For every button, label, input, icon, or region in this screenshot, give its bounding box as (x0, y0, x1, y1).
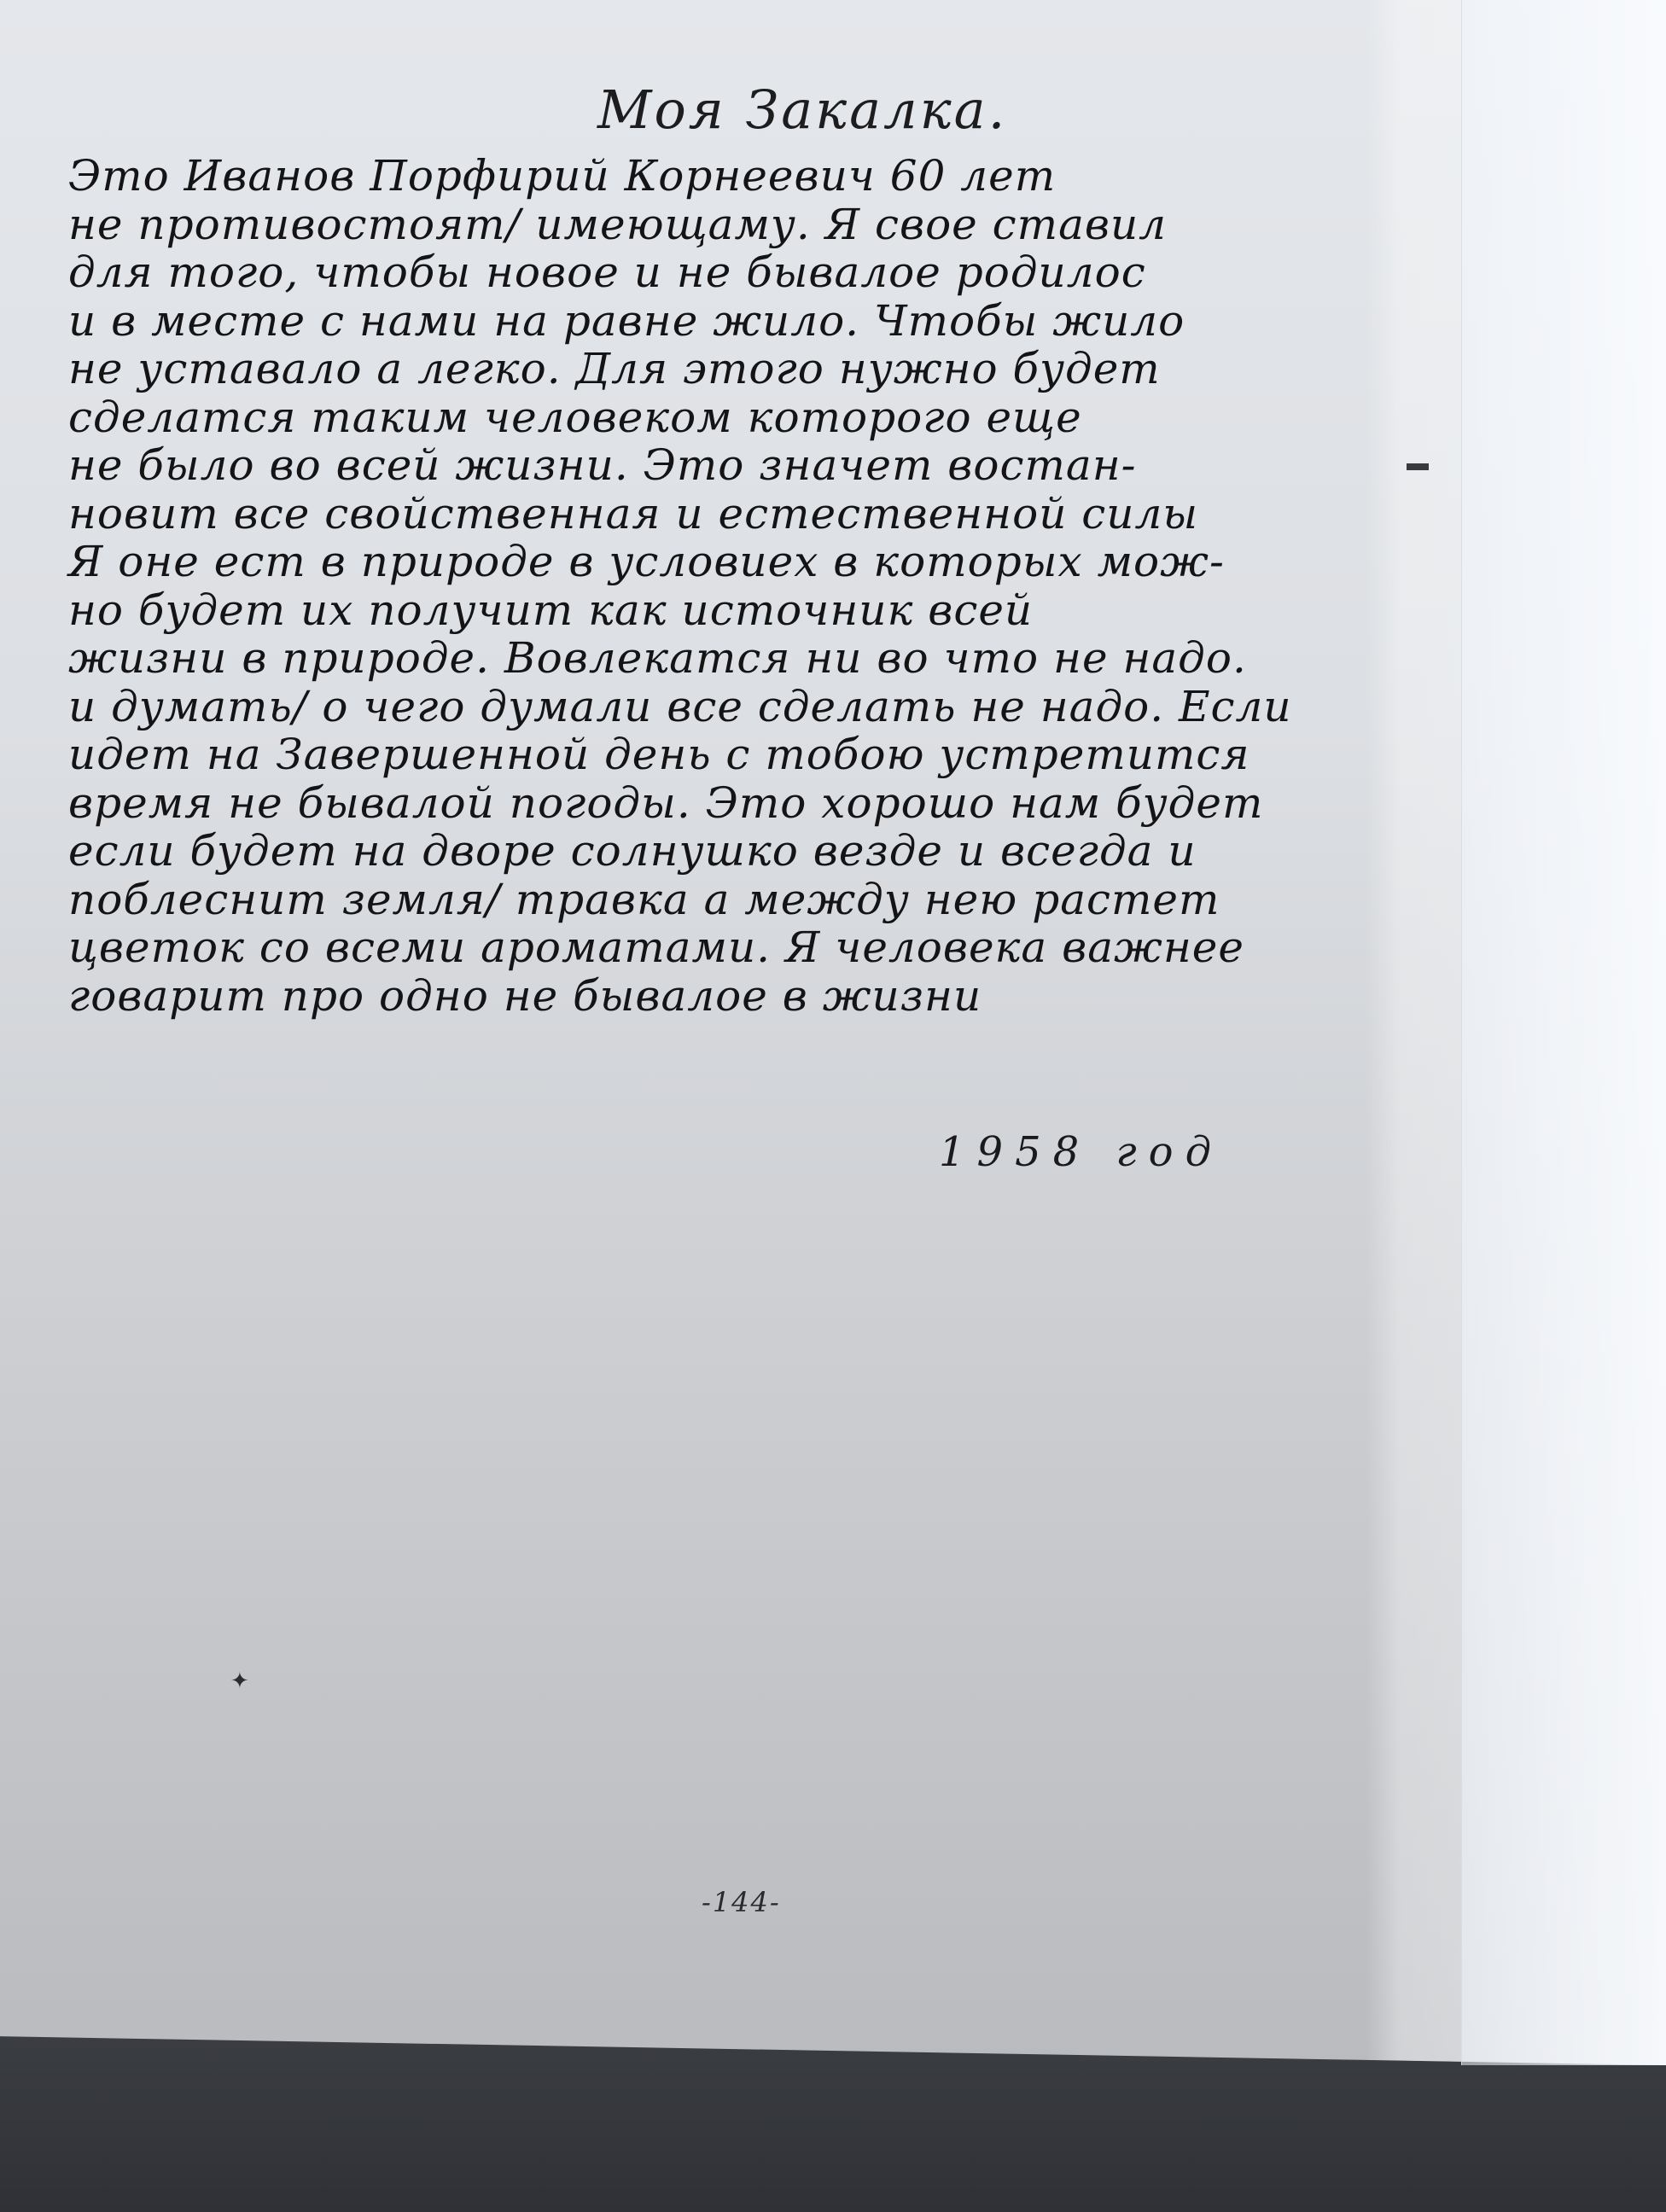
ink-speck: ✦ (230, 1668, 249, 1694)
text-line: и в месте с нами на равне жило. Чтобы жи… (68, 297, 1349, 346)
text-line: цветок со всеми ароматами. Я человека ва… (68, 923, 1349, 972)
text-line: идет на Завершенной день с тобою устрети… (68, 731, 1349, 779)
text-line: Я оне ест в природе в условиех в которых… (68, 538, 1349, 586)
text-line: если будет на дворе солнушко везде и все… (68, 827, 1349, 876)
document-date: 1958 год (939, 1128, 1223, 1176)
page-number: -144- (702, 1886, 781, 1918)
text-line: Это Иванов Порфирий Корнеевич 60 лет (68, 152, 1349, 201)
text-line: жизни в природе. Вовлекатся ни во что не… (68, 634, 1349, 683)
text-line: говарит про одно не бывалое в жизни (68, 972, 1349, 1021)
document-title: Моя Закалка. (597, 79, 1007, 141)
text-line: не уставало а легко. Для этого нужно буд… (68, 345, 1349, 393)
text-line: но будет их получит как источник всей (68, 586, 1349, 635)
paper-sheet-edge (1461, 0, 1666, 2065)
text-line: не противостоят/ имеющаму. Я свое ставил (68, 201, 1349, 249)
text-line: и думать/ о чего думали все сделать не н… (68, 683, 1349, 731)
text-line: новит все свойственная и естественной си… (68, 490, 1349, 538)
handwritten-body: Это Иванов Порфирий Корнеевич 60 лет не … (68, 152, 1349, 1020)
text-line: для того, чтобы новое и не бывалое родил… (68, 248, 1349, 297)
text-line: не было во всей жизни. Это значет востан… (68, 441, 1349, 490)
text-line: время не бывалой погоды. Это хорошо нам … (68, 779, 1349, 828)
text-line: поблеснит земля/ травка а между нею раст… (68, 876, 1349, 924)
text-line: сделатся таким человеком которого еще (68, 393, 1349, 442)
margin-mark (1407, 463, 1429, 470)
